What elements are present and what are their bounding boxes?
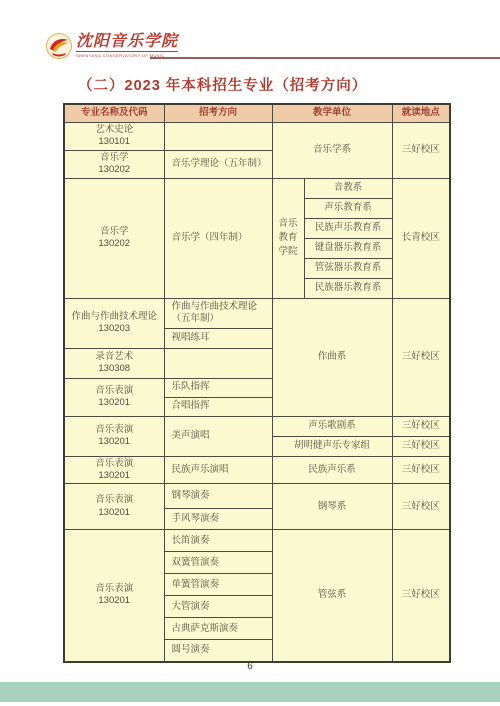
table-cell: 乐队指挥 xyxy=(164,378,272,397)
admissions-table: 专业名称及代码招考方向教学单位就读地点 艺术史论 130101音乐学系三好校区音… xyxy=(63,103,451,663)
table-cell: 三好校区 xyxy=(392,416,450,436)
table-cell: 管弦系 xyxy=(272,530,392,662)
table-cell: 声乐教育系 xyxy=(304,198,392,218)
table-cell xyxy=(164,348,272,378)
table-cell: 圆号演奏 xyxy=(164,640,272,662)
table-row: 音乐表演 130201美声演唱声乐歌剧系三好校区 xyxy=(64,416,450,436)
table-cell: 民族声乐教育系 xyxy=(304,218,392,238)
table-cell: 三好校区 xyxy=(392,484,450,530)
table-cell: 音乐学 130202 xyxy=(64,178,164,298)
table-cell: 声乐歌剧系 xyxy=(272,416,392,436)
footer-green-bar xyxy=(0,682,500,702)
table-body: 艺术史论 130101音乐学系三好校区音乐学 130202音乐学理论（五年制）音… xyxy=(64,122,450,662)
school-logo-text: 沈阳音乐学院 SHENYANG CONSERVATORY OF MUSIC xyxy=(76,33,178,58)
table-cell: 美声演唱 xyxy=(164,416,272,456)
table-cell: 手风琴演奏 xyxy=(164,509,272,530)
page-number: 6 xyxy=(0,661,500,672)
table-cell: 三好校区 xyxy=(392,122,450,178)
table-cell: 长青校区 xyxy=(392,178,450,298)
table-cell: 民族声乐系 xyxy=(272,456,392,484)
table-row: 艺术史论 130101音乐学系三好校区 xyxy=(64,122,450,150)
school-emblem-icon xyxy=(46,33,72,59)
table-cell: 音乐学（四年制） xyxy=(164,178,272,298)
table-cell: 音乐表演 130201 xyxy=(64,378,164,416)
table-cell: 钢琴演奏 xyxy=(164,484,272,509)
table-cell: 音教系 xyxy=(304,178,392,198)
table-cell: 音乐 教育 学院 xyxy=(272,178,304,298)
table-cell: 视唱练耳 xyxy=(164,328,272,348)
table-cell: 音乐学理论（五年制） xyxy=(164,150,272,178)
table-row: 作曲与作曲技术理论 130203作曲与作曲技术理论 （五年制）作曲系三好校区 xyxy=(64,298,450,328)
table-cell: 音乐表演 130201 xyxy=(64,530,164,662)
table-cell: 钢琴系 xyxy=(272,484,392,530)
table-cell: 艺术史论 130101 xyxy=(64,122,164,150)
table-cell: 音乐表演 130201 xyxy=(64,484,164,530)
table-cell: 三好校区 xyxy=(392,530,450,662)
table-cell: 合唱指挥 xyxy=(164,397,272,416)
table-cell: 民族声乐演唱 xyxy=(164,456,272,484)
column-header: 招考方向 xyxy=(164,104,272,122)
table-cell: 作曲与作曲技术理论 130203 xyxy=(64,298,164,348)
table-row: 音乐表演 130201民族声乐演唱民族声乐系三好校区 xyxy=(64,456,450,484)
school-logo: 沈阳音乐学院 SHENYANG CONSERVATORY OF MUSIC xyxy=(46,33,178,59)
table-cell: 作曲系 xyxy=(272,298,392,416)
table-cell: 三好校区 xyxy=(392,436,450,456)
table-cell: 键盘器乐教育系 xyxy=(304,238,392,258)
table-cell: 双簧管演奏 xyxy=(164,552,272,574)
table-header-row: 专业名称及代码招考方向教学单位就读地点 xyxy=(64,104,450,122)
page-title: （二）2023 年本科招生专业（招考方向） xyxy=(78,74,367,95)
table-row: 专业名称及代码招考方向教学单位就读地点 xyxy=(64,104,450,122)
table-cell: 单簧管演奏 xyxy=(164,574,272,596)
table-row: 音乐表演 130201长笛演奏管弦系三好校区 xyxy=(64,530,450,552)
column-header: 教学单位 xyxy=(272,104,392,122)
table-cell: 音乐表演 130201 xyxy=(64,416,164,456)
table-row: 音乐表演 130201钢琴演奏钢琴系三好校区 xyxy=(64,484,450,509)
header-divider-line xyxy=(150,57,500,59)
document-page: 沈阳音乐学院 SHENYANG CONSERVATORY OF MUSIC （二… xyxy=(0,0,500,706)
column-header: 就读地点 xyxy=(392,104,450,122)
table-cell: 作曲与作曲技术理论 （五年制） xyxy=(164,298,272,328)
table-cell: 古典萨克斯演奏 xyxy=(164,618,272,640)
table-cell: 音乐表演 130201 xyxy=(64,456,164,484)
table-cell xyxy=(164,122,272,150)
school-name-chinese: 沈阳音乐学院 xyxy=(76,33,178,51)
column-header: 专业名称及代码 xyxy=(64,104,164,122)
table-cell: 音乐学 130202 xyxy=(64,150,164,178)
table-cell: 录音艺术 130308 xyxy=(64,348,164,378)
table-cell: 管弦器乐教育系 xyxy=(304,258,392,278)
table-cell: 胡明健声乐专家组 xyxy=(272,436,392,456)
table-cell: 民族器乐教育系 xyxy=(304,278,392,298)
table-cell: 大管演奏 xyxy=(164,596,272,618)
table-cell: 三好校区 xyxy=(392,456,450,484)
table-row: 音乐学 130202音乐学（四年制）音乐 教育 学院音教系长青校区 xyxy=(64,178,450,198)
table-cell: 三好校区 xyxy=(392,298,450,416)
table-cell: 音乐学系 xyxy=(272,122,392,178)
table-cell: 长笛演奏 xyxy=(164,530,272,552)
